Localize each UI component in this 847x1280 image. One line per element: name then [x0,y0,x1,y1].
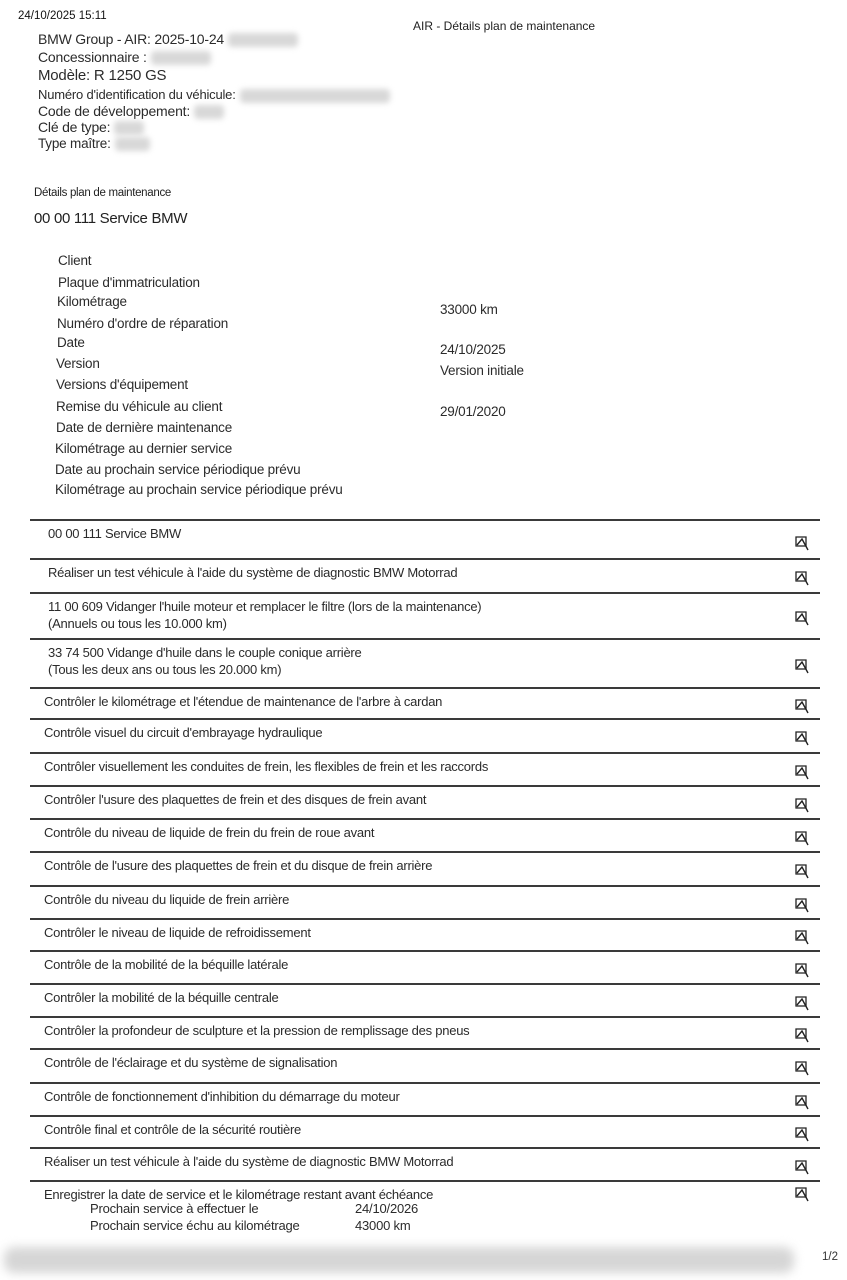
handwritten-check-icon [793,928,813,946]
document-title: AIR - Détails plan de maintenance [413,19,595,33]
redacted-value [228,33,298,47]
task-label: 11 00 609 Vidanger l'huile moteur et rem… [48,598,778,615]
next-service-date-label: Prochain service à effectuer le [90,1201,258,1216]
info-label: Versions d'équipement [56,377,188,392]
redacted-value [194,105,224,119]
header-line-label: Concessionnaire : [38,49,147,65]
task-label: Contrôle de fonctionnement d'inhibition … [44,1088,774,1105]
info-label: Kilométrage au prochain service périodiq… [55,482,343,497]
redacted-value [115,137,150,151]
task-label: 00 00 111 Service BMW [48,525,778,542]
row-divider [30,1147,820,1149]
info-label: Version [56,356,100,371]
info-label: Kilométrage au dernier service [55,441,232,456]
info-label: Date au prochain service périodique prév… [55,462,300,477]
handwritten-check-icon [793,1158,813,1176]
header-line-label: Modèle: R 1250 GS [38,67,166,84]
row-divider [30,1180,820,1182]
info-label: Kilométrage [57,294,127,309]
redacted-footer [4,1247,794,1273]
row-divider [30,592,820,594]
info-value: 29/01/2020 [440,404,506,419]
header-line-label: Code de développement: [38,103,190,119]
handwritten-check-icon [793,994,813,1012]
header-line: BMW Group - AIR: 2025-10-24 [38,31,298,47]
task-label: Contrôle de la mobilité de la béquille l… [44,956,774,973]
info-label: Plaque d'immatriculation [58,275,200,290]
header-line: Type maître: [38,136,150,151]
handwritten-check-icon [793,569,813,587]
handwritten-check-icon [793,609,813,627]
handwritten-check-icon [793,796,813,814]
redacted-value [114,121,144,135]
info-label: Numéro d'ordre de réparation [57,316,228,331]
handwritten-check-icon [793,1026,813,1044]
handwritten-check-icon [793,729,813,747]
redacted-value [240,89,390,103]
next-service-date-value: 24/10/2026 [355,1201,418,1216]
handwritten-check-icon [793,1125,813,1143]
row-divider [30,818,820,820]
info-label: Remise du véhicule au client [56,399,222,414]
header-line: Clé de type: [38,119,144,135]
task-label: Contrôle de l'éclairage et du système de… [44,1054,774,1071]
info-label: Date de dernière maintenance [56,420,232,435]
handwritten-check-icon [793,829,813,847]
header-line: Modèle: R 1250 GS [38,67,166,84]
row-divider [30,1016,820,1018]
header-line: Code de développement: [38,103,224,119]
task-label: Contrôler visuellement les conduites de … [44,758,774,775]
row-divider [30,785,820,787]
task-label: Contrôle du niveau de liquide de frein d… [44,824,774,841]
row-divider [30,687,820,689]
task-label: Contrôle du niveau du liquide de frein a… [44,891,774,908]
redacted-value [151,51,211,65]
row-divider [30,983,820,985]
task-label: Contrôler l'usure des plaquettes de frei… [44,791,774,808]
handwritten-check-icon [793,862,813,880]
header-line-label: BMW Group - AIR: 2025-10-24 [38,31,224,47]
info-value: 24/10/2025 [440,342,506,357]
header-line: Numéro d'identification du véhicule: [38,87,390,103]
row-divider [30,885,820,887]
task-label: Réaliser un test véhicule à l'aide du sy… [44,1153,774,1170]
task-label: 33 74 500 Vidange d'huile dans le couple… [48,644,778,661]
task-label: Contrôle visuel du circuit d'embrayage h… [44,724,774,741]
row-divider [30,1115,820,1117]
header-line-label: Clé de type: [38,119,110,135]
print-timestamp: 24/10/2025 15:11 [18,10,107,22]
task-label: Contrôler la mobilité de la béquille cen… [44,989,774,1006]
handwritten-check-icon [793,697,813,715]
row-divider [30,918,820,920]
row-divider [30,638,820,640]
row-divider [30,950,820,952]
row-divider [30,558,820,560]
info-label: Date [57,335,85,350]
handwritten-check-icon [793,1059,813,1077]
section-title: 00 00 111 Service BMW [34,210,187,227]
handwritten-check-icon [793,961,813,979]
next-service-km-value: 43000 km [355,1218,411,1233]
handwritten-check-icon [793,657,813,675]
task-interval: (Tous les deux ans ou tous les 20.000 km… [48,661,778,678]
page-number: 1/2 [822,1251,838,1263]
task-label: Contrôler le niveau de liquide de refroi… [44,924,774,941]
task-interval: (Annuels ou tous les 10.000 km) [48,615,778,632]
handwritten-check-icon [793,896,813,914]
handwritten-check-icon [793,1093,813,1111]
header-line: Concessionnaire : [38,49,211,65]
task-label: Réaliser un test véhicule à l'aide du sy… [48,564,778,581]
row-divider [30,1082,820,1084]
row-divider [30,1048,820,1050]
handwritten-check-icon [793,534,813,552]
task-label: Contrôle de l'usure des plaquettes de fr… [44,857,774,874]
header-line-label: Numéro d'identification du véhicule: [38,87,236,102]
handwritten-check-icon [793,1185,813,1203]
info-label: Client [58,253,91,268]
task-label: Contrôle final et contrôle de la sécurit… [44,1121,774,1138]
next-service-km-label: Prochain service échu au kilométrage [90,1218,300,1233]
info-value: Version initiale [440,363,524,378]
row-divider [30,718,820,720]
row-divider [30,851,820,853]
row-divider [30,519,820,521]
task-label: Contrôler la profondeur de sculpture et … [44,1022,774,1039]
section-subtitle: Détails plan de maintenance [34,187,171,199]
row-divider [30,752,820,754]
header-line-label: Type maître: [38,136,111,151]
info-value: 33000 km [440,302,498,317]
task-label: Contrôler le kilométrage et l'étendue de… [44,693,774,710]
handwritten-check-icon [793,763,813,781]
